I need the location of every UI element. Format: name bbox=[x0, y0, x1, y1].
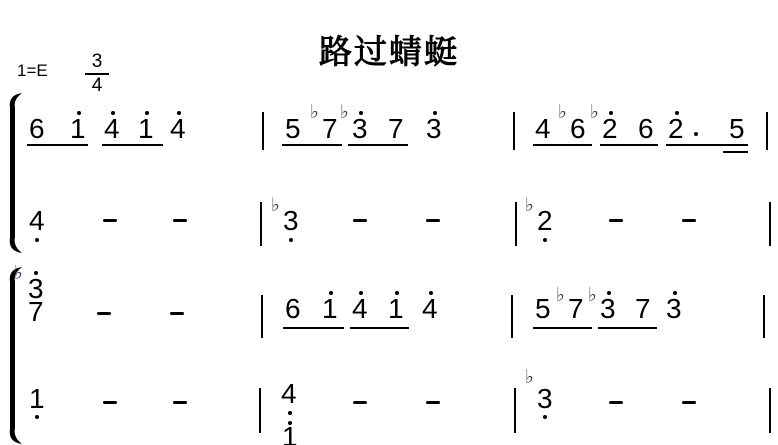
note-digit: 1 bbox=[282, 423, 298, 445]
barline bbox=[763, 295, 765, 338]
octave-dot bbox=[359, 291, 363, 295]
note-digit: 1 bbox=[388, 295, 404, 323]
note-digit: 5 bbox=[729, 115, 745, 143]
octave-dot bbox=[694, 132, 698, 136]
beam-underline bbox=[350, 327, 409, 329]
flat-accidental-icon: ♭ bbox=[588, 286, 597, 305]
beam-underline bbox=[27, 144, 88, 146]
octave-dot bbox=[359, 111, 363, 115]
octave-dot bbox=[77, 111, 81, 115]
octave-dot bbox=[289, 238, 293, 242]
note-digit: 1 bbox=[70, 115, 86, 143]
octave-dot bbox=[429, 291, 433, 295]
duration-dash bbox=[103, 219, 117, 222]
note-digit: 3 bbox=[537, 385, 553, 413]
octave-dot bbox=[34, 271, 38, 275]
note-digit: 1 bbox=[138, 115, 154, 143]
barline bbox=[769, 388, 771, 433]
note-digit: 7 bbox=[28, 298, 44, 326]
duration-dash bbox=[173, 219, 187, 222]
score-canvas: 6141457373462625♭♭♭♭432♭♭376141457373♭♭♭… bbox=[0, 0, 778, 445]
note-digit: 4 bbox=[422, 295, 438, 323]
octave-dot bbox=[145, 111, 149, 115]
barline bbox=[766, 112, 768, 150]
note-digit: 3 bbox=[283, 207, 299, 235]
octave-dot bbox=[35, 238, 39, 242]
note-digit: 7 bbox=[388, 115, 404, 143]
duration-dash bbox=[609, 219, 623, 222]
duration-dash bbox=[353, 401, 367, 404]
note-digit: 2 bbox=[537, 207, 553, 235]
duration-dash bbox=[170, 312, 184, 315]
duration-dash bbox=[682, 401, 696, 404]
octave-dot bbox=[543, 238, 547, 242]
flat-accidental-icon: ♭ bbox=[340, 103, 349, 122]
flat-accidental-icon: ♭ bbox=[525, 368, 534, 387]
beam-underline bbox=[348, 144, 408, 146]
octave-dot bbox=[433, 111, 437, 115]
flat-accidental-icon: ♭ bbox=[310, 103, 319, 122]
duration-dash bbox=[173, 401, 187, 404]
duration-dash bbox=[353, 219, 367, 222]
duration-dash bbox=[426, 401, 440, 404]
duration-dash bbox=[97, 312, 111, 315]
duration-dash bbox=[682, 219, 696, 222]
note-digit: 6 bbox=[638, 115, 654, 143]
note-digit: 2 bbox=[668, 115, 684, 143]
beam-underline bbox=[533, 327, 592, 329]
note-digit: 6 bbox=[29, 115, 45, 143]
flat-accidental-icon: ♭ bbox=[556, 286, 565, 305]
barline bbox=[515, 202, 517, 246]
barline bbox=[260, 202, 262, 246]
octave-dot bbox=[395, 291, 399, 295]
octave-dot bbox=[288, 411, 292, 415]
note-digit: 4 bbox=[170, 115, 186, 143]
duration-dash bbox=[103, 401, 117, 404]
beam-underline bbox=[533, 144, 592, 146]
note-digit: 7 bbox=[568, 295, 584, 323]
sheet-music-page: { "title": "路过蜻蜓", "key_label": "1=E", "… bbox=[0, 0, 778, 445]
barline bbox=[259, 388, 261, 433]
octave-dot bbox=[673, 291, 677, 295]
note-digit: 4 bbox=[352, 295, 368, 323]
beam-underline bbox=[666, 144, 748, 146]
note-digit: 4 bbox=[535, 115, 551, 143]
note-digit: 1 bbox=[29, 385, 45, 413]
note-digit: 4 bbox=[281, 380, 297, 408]
barline bbox=[769, 202, 771, 246]
note-digit: 2 bbox=[602, 115, 618, 143]
note-digit: 6 bbox=[285, 295, 301, 323]
octave-dot bbox=[111, 111, 115, 115]
note-digit: 3 bbox=[600, 295, 616, 323]
system-bracket-icon bbox=[4, 266, 28, 445]
note-digit: 3 bbox=[666, 295, 682, 323]
duration-dash bbox=[426, 219, 440, 222]
beam-underline bbox=[600, 144, 658, 146]
note-digit: 3 bbox=[426, 115, 442, 143]
beam-underline bbox=[723, 151, 748, 153]
octave-dot bbox=[288, 421, 292, 425]
barline bbox=[514, 388, 516, 433]
beam-underline bbox=[102, 144, 163, 146]
flat-accidental-icon: ♭ bbox=[590, 103, 599, 122]
barline bbox=[511, 295, 513, 338]
barline bbox=[262, 112, 264, 150]
flat-accidental-icon: ♭ bbox=[558, 103, 567, 122]
octave-dot bbox=[35, 415, 39, 419]
barline bbox=[513, 112, 515, 150]
beam-underline bbox=[598, 327, 657, 329]
octave-dot bbox=[329, 291, 333, 295]
octave-dot bbox=[609, 111, 613, 115]
flat-accidental-icon: ♭ bbox=[525, 196, 534, 215]
note-digit: 7 bbox=[322, 115, 338, 143]
octave-dot bbox=[675, 111, 679, 115]
note-digit: 3 bbox=[352, 115, 368, 143]
note-digit: 4 bbox=[104, 115, 120, 143]
octave-dot bbox=[177, 111, 181, 115]
octave-dot bbox=[607, 291, 611, 295]
duration-dash bbox=[609, 401, 623, 404]
note-digit: 1 bbox=[322, 295, 338, 323]
flat-accidental-icon: ♭ bbox=[14, 264, 23, 283]
note-digit: 6 bbox=[570, 115, 586, 143]
barline bbox=[261, 295, 263, 338]
beam-underline bbox=[282, 144, 342, 146]
beam-underline bbox=[283, 327, 344, 329]
octave-dot bbox=[543, 415, 547, 419]
note-digit: 5 bbox=[285, 115, 301, 143]
flat-accidental-icon: ♭ bbox=[271, 196, 280, 215]
note-digit: 4 bbox=[29, 207, 45, 235]
note-digit: 7 bbox=[635, 295, 651, 323]
note-digit: 5 bbox=[535, 295, 551, 323]
system-bracket-icon bbox=[4, 92, 28, 254]
